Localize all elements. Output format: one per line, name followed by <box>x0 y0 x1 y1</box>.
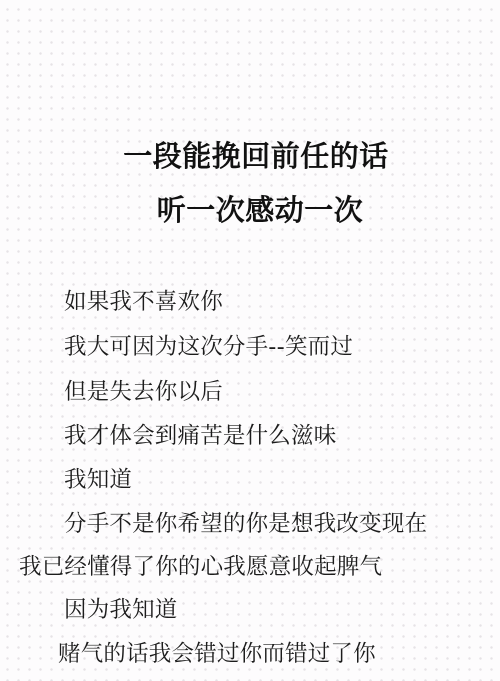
body-line-2: 我大可因为这次分手--笑而过 <box>64 329 353 361</box>
body-line-7: 我已经懂得了你的心我愿意收起脾气 <box>19 549 382 581</box>
title-line-2: 听一次感动一次 <box>10 188 500 229</box>
body-line-1: 如果我不喜欢你 <box>64 284 223 316</box>
body-line-5: 我知道 <box>64 462 132 494</box>
body-line-6: 分手不是你希望的你是想我改变现在 <box>64 506 427 538</box>
body-line-4: 我才体会到痛苦是什么滋味 <box>64 418 336 450</box>
body-line-3: 但是失去你以后 <box>64 374 223 406</box>
body-line-9: 赌气的话我会错过你而错过了你 <box>58 636 376 668</box>
title-line-1: 一段能挽回前任的话 <box>6 134 500 175</box>
body-line-8: 因为我知道 <box>64 592 178 624</box>
